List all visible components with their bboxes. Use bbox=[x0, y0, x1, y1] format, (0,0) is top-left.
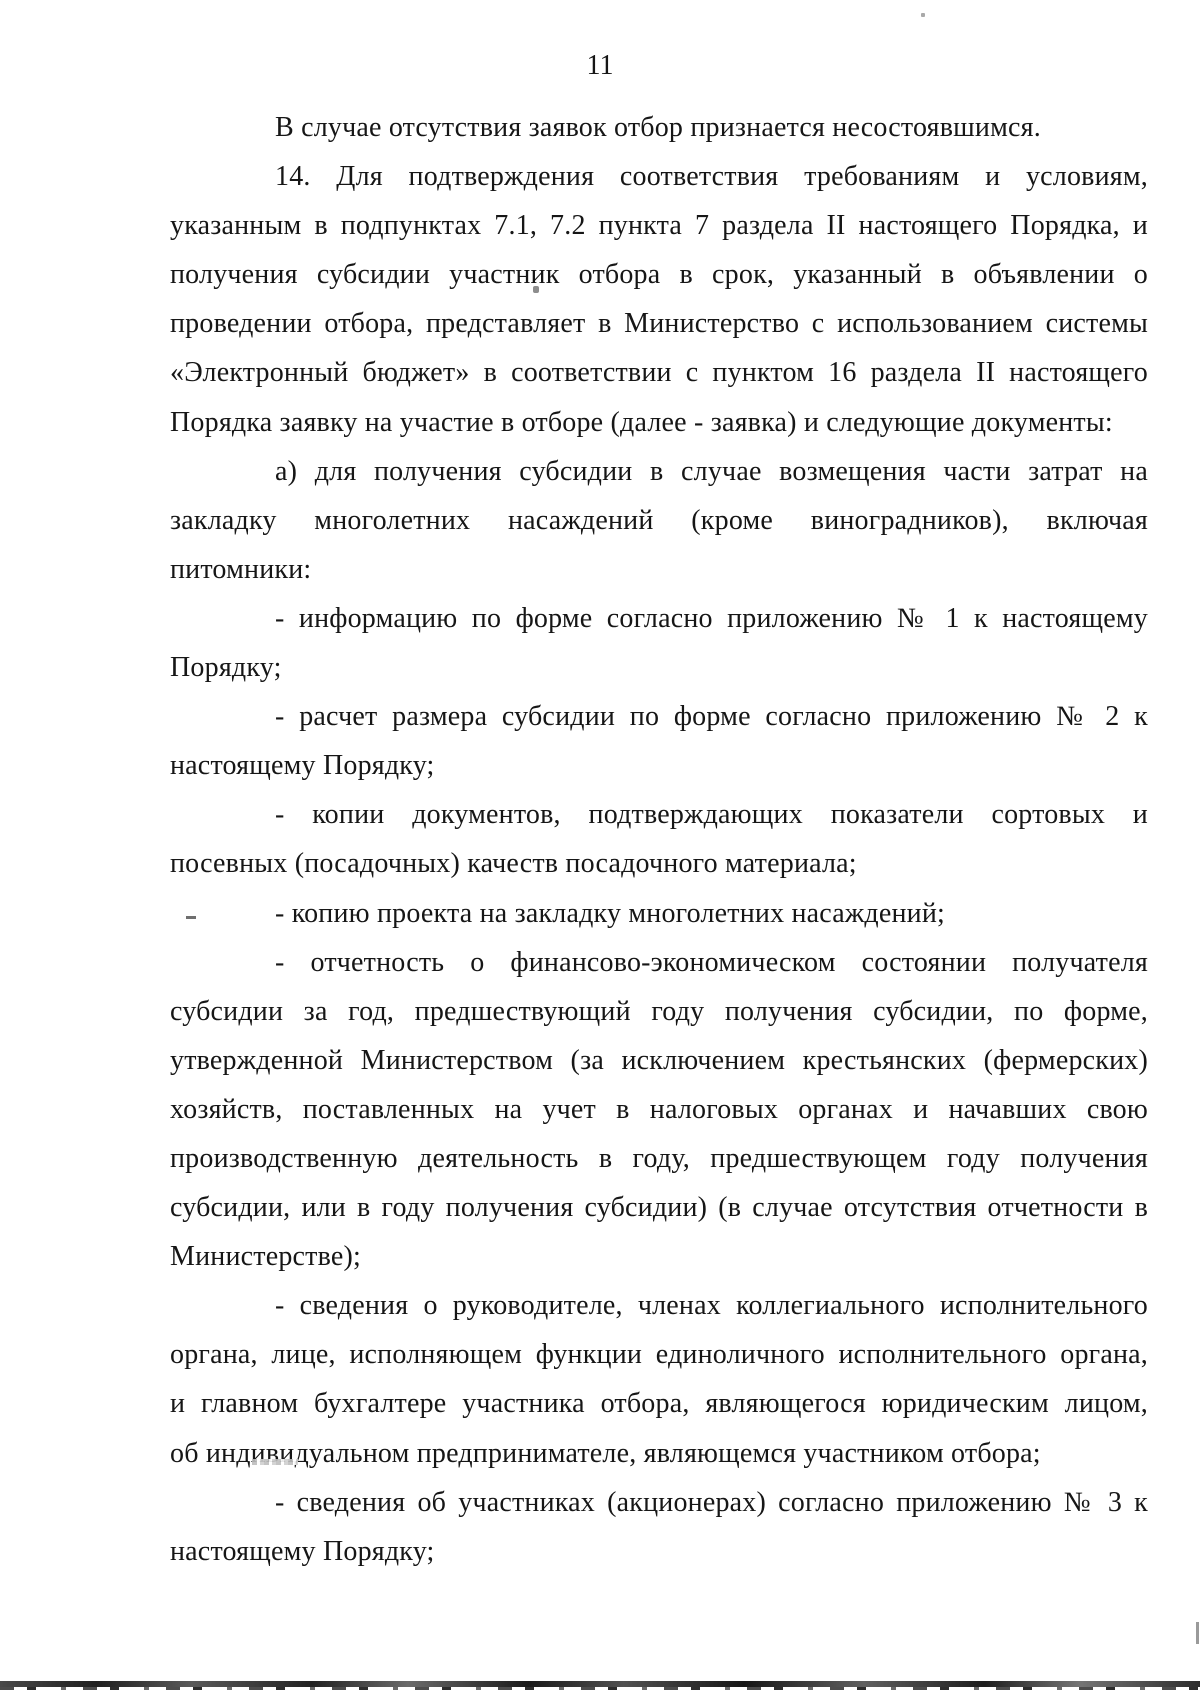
text-line: Порядку; bbox=[170, 643, 1148, 692]
paragraph: - сведения об участниках (акционерах) со… bbox=[170, 1478, 1148, 1576]
text-line: субсидии, или в году получения субсидии)… bbox=[170, 1183, 1148, 1232]
text-line: а) для получения субсидии в случае возме… bbox=[170, 447, 1148, 496]
text-line: утвержденной Министерством (за исключени… bbox=[170, 1036, 1148, 1085]
paragraph: а) для получения субсидии в случае возме… bbox=[170, 447, 1148, 594]
scan-dash-artifact bbox=[186, 916, 196, 919]
text-line: «Электронный бюджет» в соответствии с пу… bbox=[170, 348, 1148, 397]
document-body: В случае отсутствия заявок отбор признае… bbox=[170, 103, 1148, 1576]
text-line: - копию проекта на закладку многолетних … bbox=[170, 889, 1148, 938]
text-line: настоящему Порядку; bbox=[170, 741, 1148, 790]
scan-dot-artifact bbox=[921, 13, 925, 17]
text-line: - расчет размера субсидии по форме согла… bbox=[170, 692, 1148, 741]
text-line: закладку многолетних насаждений (кроме в… bbox=[170, 496, 1148, 545]
text-line: питомники: bbox=[170, 545, 1148, 594]
text-line: посевных (посадочных) качеств посадочног… bbox=[170, 839, 1148, 888]
text-line: Министерстве); bbox=[170, 1232, 1148, 1281]
paragraph: - копию проекта на закладку многолетних … bbox=[170, 889, 1148, 938]
text-line: получения субсидии участник отбора в сро… bbox=[170, 250, 1148, 299]
text-line: - сведения об участниках (акционерах) со… bbox=[170, 1478, 1148, 1527]
paragraph: - отчетность о финансово-экономическом с… bbox=[170, 938, 1148, 1282]
paragraph: 14. Для подтверждения соответствия требо… bbox=[170, 152, 1148, 447]
paragraph: В случае отсутствия заявок отбор признае… bbox=[170, 103, 1148, 152]
scan-edge-tick-artifact bbox=[1196, 1622, 1199, 1644]
text-line: 14. Для подтверждения соответствия требо… bbox=[170, 152, 1148, 201]
text-line: субсидии за год, предшествующий году пол… bbox=[170, 987, 1148, 1036]
text-line: - отчетность о финансово-экономическом с… bbox=[170, 938, 1148, 987]
text-line: производственную деятельность в году, пр… bbox=[170, 1134, 1148, 1183]
text-line: - сведения о руководителе, членах коллег… bbox=[170, 1281, 1148, 1330]
text-line: проведении отбора, представляет в Минист… bbox=[170, 299, 1148, 348]
text-line: В случае отсутствия заявок отбор признае… bbox=[170, 103, 1148, 152]
document-page: 11 В случае отсутствия заявок отбор приз… bbox=[0, 0, 1200, 1690]
text-line: - копии документов, подтверждающих показ… bbox=[170, 790, 1148, 839]
scan-speckle-artifact bbox=[533, 286, 539, 293]
text-line: хозяйств, поставленных на учет в налогов… bbox=[170, 1085, 1148, 1134]
text-line: органа, лице, исполняющем функции единол… bbox=[170, 1330, 1148, 1379]
paragraph: - расчет размера субсидии по форме согла… bbox=[170, 692, 1148, 790]
paragraph: - копии документов, подтверждающих показ… bbox=[170, 790, 1148, 888]
text-line: об индивидуальном предпринимателе, являю… bbox=[170, 1429, 1148, 1478]
paragraph: - сведения о руководителе, членах коллег… bbox=[170, 1281, 1148, 1477]
scan-smudge-artifact bbox=[252, 1459, 298, 1465]
text-line: Порядка заявку на участие в отборе (дале… bbox=[170, 398, 1148, 447]
paragraph: - информацию по форме согласно приложени… bbox=[170, 594, 1148, 692]
page-number: 11 bbox=[0, 50, 1200, 82]
text-line: настоящему Порядку; bbox=[170, 1527, 1148, 1576]
text-line: указанным в подпунктах 7.1, 7.2 пункта 7… bbox=[170, 201, 1148, 250]
text-line: и главном бухгалтере участника отбора, я… bbox=[170, 1379, 1148, 1428]
text-line: - информацию по форме согласно приложени… bbox=[170, 594, 1148, 643]
